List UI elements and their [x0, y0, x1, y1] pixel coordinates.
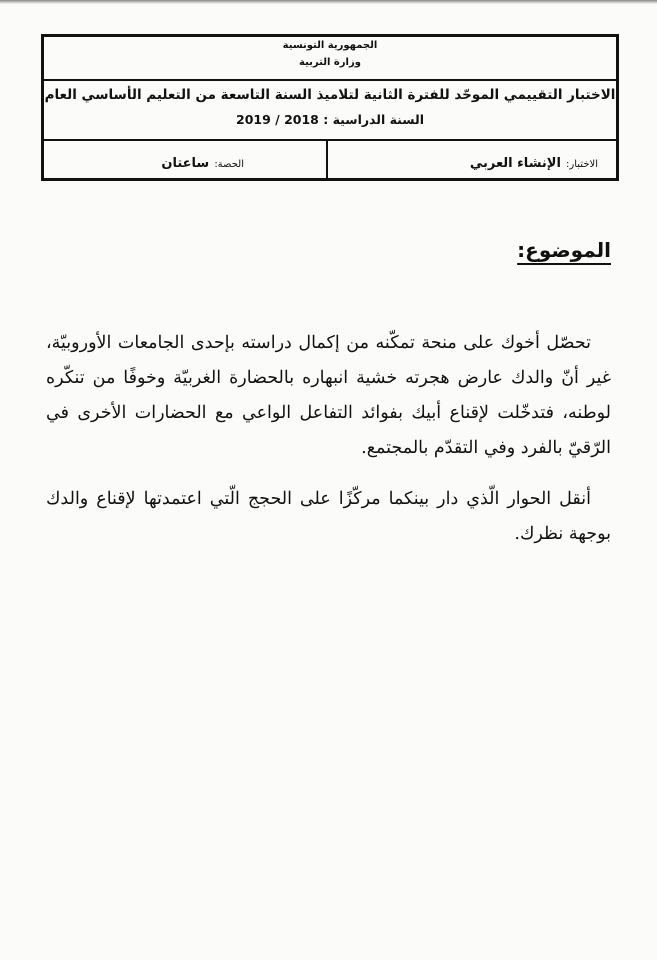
- header-info-row: الاختبار: الإنشاء العربي الحصة: ساعتان: [44, 141, 616, 178]
- ministry-name: وزارة التربية: [44, 57, 616, 68]
- subject-task: أنقل الحوار الّذي دار بينكما مركّزًا على…: [46, 482, 611, 552]
- duration-cell: الحصة: ساعتان: [44, 141, 329, 178]
- scan-edge-shadow: [0, 0, 657, 4]
- exam-subject-cell: الاختبار: الإنشاء العربي: [326, 141, 616, 178]
- exam-header-box: الجمهورية التونسية وزارة التربية الاختبا…: [41, 34, 619, 181]
- subject-heading: الموضوع:: [517, 238, 611, 262]
- exam-title: الاختبار التقييمي الموحّد للفترة الثانية…: [44, 87, 616, 103]
- subject-body: تحصّل أخوك على منحة تمكّنه من إكمال دراس…: [46, 326, 611, 552]
- duration-label: الحصة:: [214, 159, 244, 170]
- duration-value: ساعتان: [161, 156, 209, 171]
- exam-label: الاختبار:: [566, 159, 598, 170]
- exam-subject: الإنشاء العربي: [470, 156, 561, 171]
- header-title-row: الاختبار التقييمي الموحّد للفترة الثانية…: [44, 79, 616, 141]
- header-authority-row: الجمهورية التونسية وزارة التربية: [44, 37, 616, 81]
- subject-paragraph: تحصّل أخوك على منحة تمكّنه من إكمال دراس…: [46, 326, 611, 466]
- exam-page: الجمهورية التونسية وزارة التربية الاختبا…: [0, 0, 657, 960]
- country-name: الجمهورية التونسية: [44, 40, 616, 51]
- school-year: السنة الدراسية : 2018 / 2019: [44, 112, 616, 127]
